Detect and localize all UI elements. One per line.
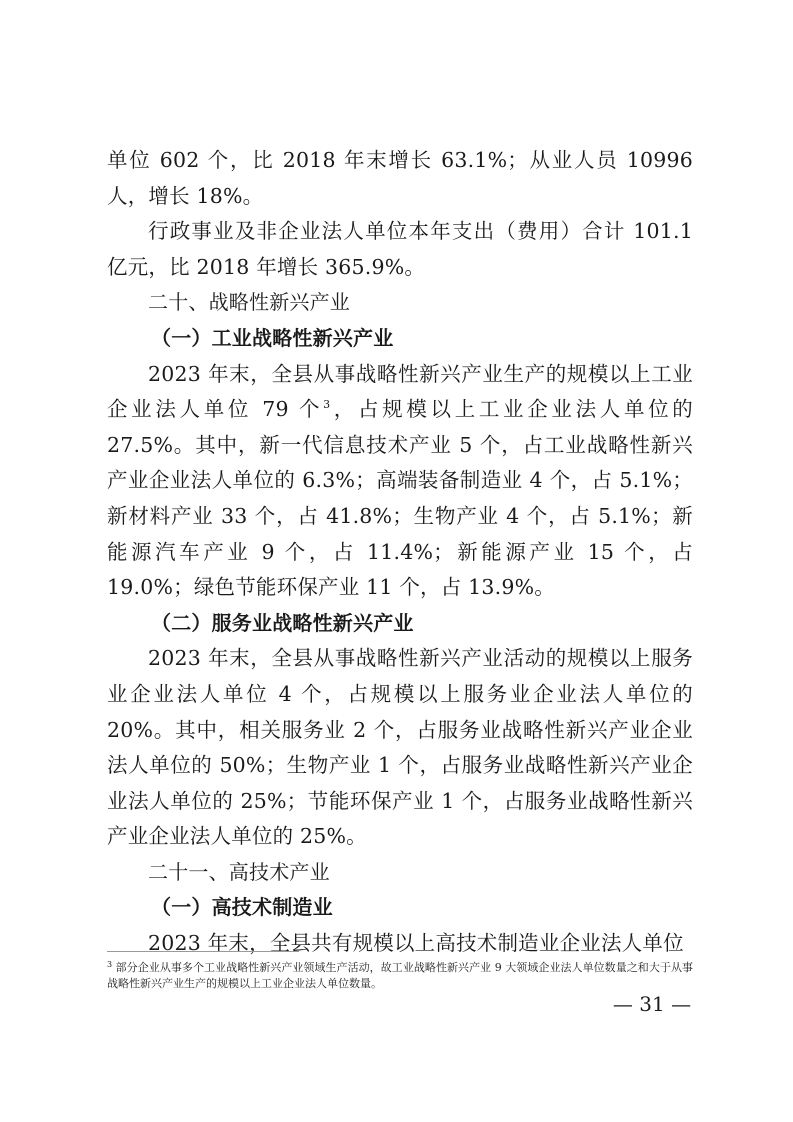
subheading-service-strategic-emerging: （二）服务业战略性新兴产业 xyxy=(107,606,693,642)
expenditure-paragraph: 行政事业及非企业法人单位本年支出（费用）合计 101.1 亿元，比 2018 年… xyxy=(107,214,693,285)
footnote-divider xyxy=(107,951,299,952)
body-text: 单位 602 个，比 2018 年末增长 63.1%；从业人员 10996 人，… xyxy=(107,143,693,962)
footnote-marker: 3 xyxy=(107,960,112,969)
section-heading-high-tech-industries: 二十一、高技术产业 xyxy=(107,855,693,891)
footnote: 3 部分企业从事多个工业战略性新兴产业领域生产活动，故工业战略性新兴产业 9 大… xyxy=(107,960,693,992)
subheading-high-tech-manufacturing: （一）高技术制造业 xyxy=(107,890,693,926)
service-strategic-paragraph: 2023 年末，全县从事战略性新兴产业活动的规模以上服务业企业法人单位 4 个，… xyxy=(107,641,693,855)
subheading-industrial-strategic-emerging: （一）工业战略性新兴产业 xyxy=(107,321,693,357)
document-page: 单位 602 个，比 2018 年末增长 63.1%；从业人员 10996 人，… xyxy=(0,0,793,1122)
footnote-text: 部分企业从事多个工业战略性新兴产业领域生产活动，故工业战略性新兴产业 9 大领域… xyxy=(107,961,693,990)
section-heading-strategic-emerging-industries: 二十、战略性新兴产业 xyxy=(107,285,693,321)
paragraph-text-after-footnote: ，占规模以上工业企业法人单位的 27.5%。其中，新一代信息技术产业 5 个，占… xyxy=(107,397,693,599)
page-number: — 31 — xyxy=(612,990,692,1018)
high-tech-manufacturing-paragraph: 2023 年末，全县共有规模以上高技术制造业企业法人单位 xyxy=(107,926,693,962)
industrial-strategic-paragraph: 2023 年末，全县从事战略性新兴产业生产的规模以上工业企业法人单位 79 个3… xyxy=(107,357,693,606)
continuation-paragraph: 单位 602 个，比 2018 年末增长 63.1%；从业人员 10996 人，… xyxy=(107,143,693,214)
